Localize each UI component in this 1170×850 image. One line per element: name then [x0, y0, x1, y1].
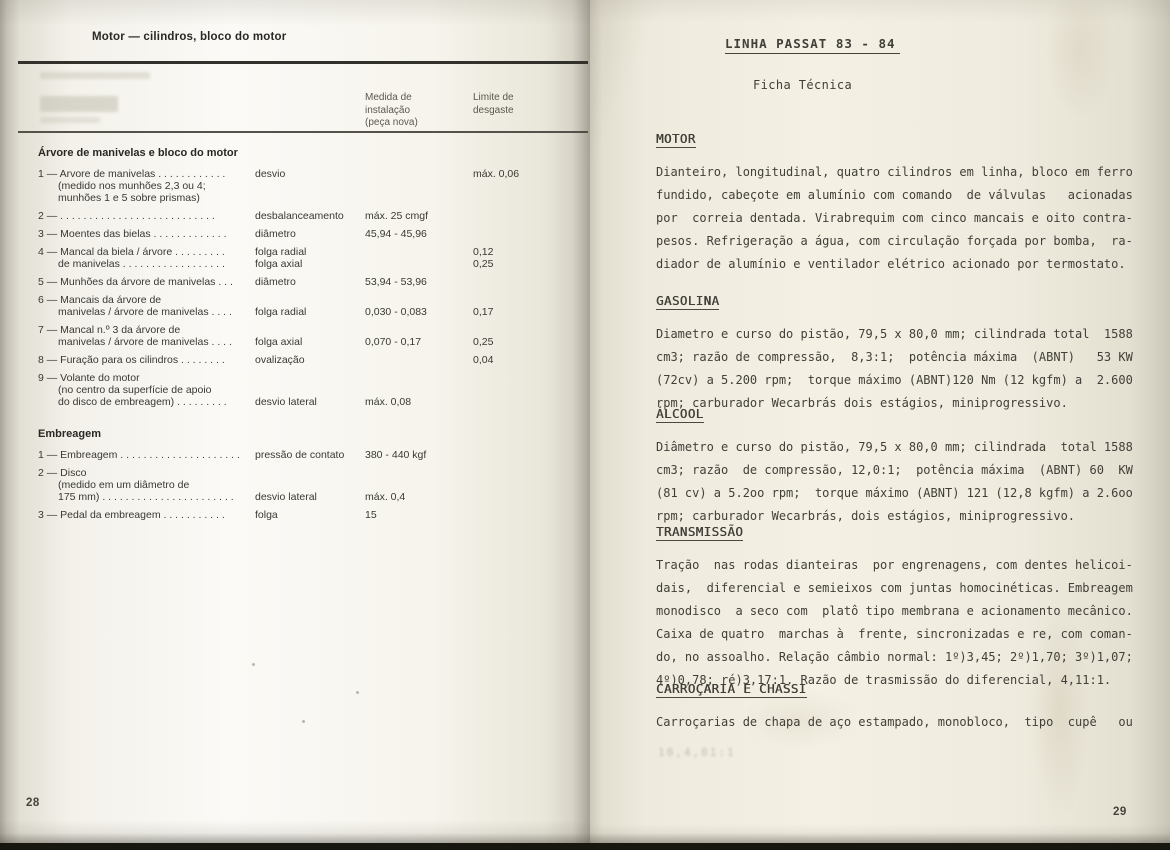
- table-row-line: manivelas / árvore de manivelas . . . .f…: [38, 336, 586, 348]
- spec-measure-type: diâmetro: [255, 228, 365, 240]
- bleed-through-artifact: [40, 72, 150, 79]
- spec-measure-type: desvio lateral: [255, 396, 365, 408]
- spec-install-value: máx. 25 cmgf: [365, 210, 473, 222]
- table-section-heading: Embreagem: [38, 428, 586, 440]
- spec-measure-type: pressão de contato: [255, 449, 365, 461]
- section-paragraph: Diâmetro e curso do pistão, 79,5 x 80,0 …: [656, 436, 1148, 528]
- spec-section: GASOLINADiametro e curso do pistão, 79,5…: [656, 290, 1148, 415]
- spec-measure-type: [255, 294, 365, 306]
- table-row-line: 1 — Arvore de manivelas . . . . . . . . …: [38, 168, 586, 180]
- spec-wear-limit: [473, 509, 586, 521]
- spec-wear-limit: [473, 276, 586, 288]
- table-row: 2 — Disco(medido em um diâmetro de175 mm…: [38, 467, 586, 503]
- spec-item-text: 1 — Arvore de manivelas . . . . . . . . …: [38, 168, 255, 180]
- table-row-line: 4 — Mancal da biela / árvore . . . . . .…: [38, 246, 586, 258]
- spec-item-text: (no centro da superfície de apoio: [38, 384, 255, 396]
- spec-wear-limit: [473, 449, 586, 461]
- spec-item-text: de manivelas . . . . . . . . . . . . . .…: [38, 258, 255, 270]
- spec-install-value: [365, 168, 473, 180]
- table-row-line: 6 — Mancais da árvore de: [38, 294, 586, 306]
- table-row-line: 2 — . . . . . . . . . . . . . . . . . . …: [38, 210, 586, 222]
- table-row-line: (medido em um diâmetro de: [38, 479, 586, 491]
- spec-install-value: máx. 0,4: [365, 491, 473, 503]
- table-row: 1 — Embreagem . . . . . . . . . . . . . …: [38, 449, 586, 461]
- table-row-line: manivelas / árvore de manivelas . . . .f…: [38, 306, 586, 318]
- spec-item-text: 3 — Moentes das bielas . . . . . . . . .…: [38, 228, 255, 240]
- table-section-heading: Árvore de manivelas e bloco do motor: [38, 147, 586, 159]
- spec-install-value: [365, 324, 473, 336]
- spec-section: ÁLCOOLDiâmetro e curso do pistão, 79,5 x…: [656, 403, 1148, 528]
- divider-rule-thick: [18, 61, 588, 64]
- table-row-line: do disco de embreagem) . . . . . . . . .…: [38, 396, 586, 408]
- paper-speck: [356, 691, 359, 694]
- spec-item-text: 2 — Disco: [38, 467, 255, 479]
- spec-wear-limit: 0,04: [473, 354, 586, 366]
- table-row: 3 — Moentes das bielas . . . . . . . . .…: [38, 228, 586, 240]
- spec-measure-type: folga: [255, 509, 365, 521]
- spec-install-value: [365, 258, 473, 270]
- table-row-line: 8 — Furação para os cilindros . . . . . …: [38, 354, 586, 366]
- section-paragraph: Dianteiro, longitudinal, quatro cilindro…: [656, 161, 1148, 276]
- spec-item-text: munhões 1 e 5 sobre prismas): [38, 192, 255, 204]
- page-number: 28: [26, 797, 40, 809]
- spec-install-value: 380 - 440 kgf: [365, 449, 473, 461]
- spec-measure-type: folga radial: [255, 306, 365, 318]
- page-title: Motor — cilindros, bloco do motor: [92, 31, 286, 43]
- spec-measure-type: folga radial: [255, 246, 365, 258]
- spec-install-value: [365, 294, 473, 306]
- spec-measure-type: desvio lateral: [255, 491, 365, 503]
- spec-wear-limit: 0,12: [473, 246, 586, 258]
- spec-wear-limit: 0,25: [473, 258, 586, 270]
- spec-item-text: 6 — Mancais da árvore de: [38, 294, 255, 306]
- spec-item-text: 7 — Mancal n.º 3 da árvore de: [38, 324, 255, 336]
- spec-item-text: manivelas / árvore de manivelas . . . .: [38, 306, 255, 318]
- page-number: 29: [1113, 806, 1127, 818]
- right-page: LINHA PASSAT 83 - 84 Ficha Técnica MOTOR…: [590, 0, 1170, 850]
- spec-install-value: [365, 372, 473, 384]
- section-paragraph: Tração nas rodas dianteiras por engrenag…: [656, 554, 1148, 692]
- table-row-line: 3 — Moentes das bielas . . . . . . . . .…: [38, 228, 586, 240]
- spec-wear-limit: [473, 372, 586, 384]
- typewritten-content: LINHA PASSAT 83 - 84 Ficha Técnica MOTOR…: [656, 36, 1148, 836]
- paper-speck: [252, 663, 255, 666]
- table-row: 4 — Mancal da biela / árvore . . . . . .…: [38, 246, 586, 270]
- spec-wear-limit: [473, 384, 586, 396]
- spec-section: TRANSMISSÃOTração nas rodas dianteiras p…: [656, 521, 1148, 692]
- spec-measure-type: [255, 180, 365, 192]
- table-row: 8 — Furação para os cilindros . . . . . …: [38, 354, 586, 366]
- spec-install-value: [365, 192, 473, 204]
- document-subtitle: Ficha Técnica: [753, 78, 852, 92]
- spec-measure-type: diâmetro: [255, 276, 365, 288]
- spec-install-value: 15: [365, 509, 473, 521]
- paper-speck: [302, 720, 305, 723]
- spec-wear-limit: [473, 180, 586, 192]
- table-row: 2 — . . . . . . . . . . . . . . . . . . …: [38, 210, 586, 222]
- scanned-book-spread: Motor — cilindros, bloco do motor Medida…: [0, 0, 1170, 850]
- spec-wear-limit: 0,17: [473, 306, 586, 318]
- section-heading: ÁLCOOL: [656, 406, 704, 423]
- spec-measure-type: [255, 324, 365, 336]
- column-header-limite: Limite de desgaste: [473, 92, 514, 117]
- spec-item-text: 4 — Mancal da biela / árvore . . . . . .…: [38, 246, 255, 258]
- bleed-through-artifact: [40, 96, 118, 112]
- spec-install-value: [365, 384, 473, 396]
- spec-measure-type: [255, 384, 365, 396]
- table-row-line: de manivelas . . . . . . . . . . . . . .…: [38, 258, 586, 270]
- spec-measure-type: [255, 479, 365, 491]
- spec-measure-type: [255, 372, 365, 384]
- section-paragraph: Diametro e curso do pistão, 79,5 x 80,0 …: [656, 323, 1148, 415]
- table-row-line: 3 — Pedal da embreagem . . . . . . . . .…: [38, 509, 586, 521]
- spec-install-value: 45,94 - 45,96: [365, 228, 473, 240]
- spec-install-value: [365, 354, 473, 366]
- table-row: 5 — Munhões da árvore de manivelas . . .…: [38, 276, 586, 288]
- scan-edge: [0, 843, 1170, 850]
- section-heading: CARROÇARIA E CHASSI: [656, 681, 807, 698]
- table-row-line: 1 — Embreagem . . . . . . . . . . . . . …: [38, 449, 586, 461]
- spec-install-value: [365, 479, 473, 491]
- table-row: 9 — Volante do motor(no centro da superf…: [38, 372, 586, 408]
- table-row-line: 7 — Mancal n.º 3 da árvore de: [38, 324, 586, 336]
- table-row-line: (medido nos munhões 2,3 ou 4;: [38, 180, 586, 192]
- spec-item-text: do disco de embreagem) . . . . . . . . .: [38, 396, 255, 408]
- section-heading: TRANSMISSÃO: [656, 524, 743, 541]
- table-row-line: (no centro da superfície de apoio: [38, 384, 586, 396]
- spec-item-text: 8 — Furação para os cilindros . . . . . …: [38, 354, 255, 366]
- table-row: 3 — Pedal da embreagem . . . . . . . . .…: [38, 509, 586, 521]
- spec-item-text: 3 — Pedal da embreagem . . . . . . . . .…: [38, 509, 255, 521]
- column-header-medida: Medida de instalação (peça nova): [365, 92, 418, 130]
- bleed-through-artifact: [40, 117, 100, 123]
- spec-wear-limit: máx. 0,06: [473, 168, 586, 180]
- spec-section: MOTORDianteiro, longitudinal, quatro cil…: [656, 128, 1148, 276]
- spec-item-text: 2 — . . . . . . . . . . . . . . . . . . …: [38, 210, 255, 222]
- spec-table: Árvore de manivelas e bloco do motor1 — …: [38, 147, 586, 527]
- document-title: LINHA PASSAT 83 - 84: [725, 36, 900, 54]
- spec-item-text: 5 — Munhões da árvore de manivelas . . .: [38, 276, 255, 288]
- spec-wear-limit: [473, 396, 586, 408]
- spec-install-value: [365, 246, 473, 258]
- spec-install-value: [365, 180, 473, 192]
- section-heading: MOTOR: [656, 131, 696, 148]
- table-row-line: 5 — Munhões da árvore de manivelas . . .…: [38, 276, 586, 288]
- section-heading: GASOLINA: [656, 293, 719, 310]
- spec-install-value: 0,030 - 0,083: [365, 306, 473, 318]
- spec-item-text: (medido em um diâmetro de: [38, 479, 255, 491]
- bleed-through-text: 10,4,01:1: [658, 746, 736, 759]
- spec-measure-type: ovalização: [255, 354, 365, 366]
- spec-wear-limit: [473, 192, 586, 204]
- table-row-line: 2 — Disco: [38, 467, 586, 479]
- table-row-line: munhões 1 e 5 sobre prismas): [38, 192, 586, 204]
- spec-measure-type: [255, 467, 365, 479]
- spec-item-text: manivelas / árvore de manivelas . . . .: [38, 336, 255, 348]
- table-row: 1 — Arvore de manivelas . . . . . . . . …: [38, 168, 586, 204]
- spec-install-value: máx. 0,08: [365, 396, 473, 408]
- spec-measure-type: folga axial: [255, 258, 365, 270]
- spec-wear-limit: [473, 467, 586, 479]
- spec-wear-limit: [473, 324, 586, 336]
- spec-wear-limit: [473, 294, 586, 306]
- spec-measure-type: [255, 192, 365, 204]
- spec-section: CARROÇARIA E CHASSICarroçarias de chapa …: [656, 678, 1148, 734]
- spec-wear-limit: [473, 479, 586, 491]
- spec-measure-type: desvio: [255, 168, 365, 180]
- spec-item-text: 175 mm) . . . . . . . . . . . . . . . . …: [38, 491, 255, 503]
- spec-measure-type: folga axial: [255, 336, 365, 348]
- spec-item-text: 9 — Volante do motor: [38, 372, 255, 384]
- table-row: 6 — Mancais da árvore demanivelas / árvo…: [38, 294, 586, 318]
- spec-wear-limit: [473, 491, 586, 503]
- section-paragraph: Carroçarias de chapa de aço estampado, m…: [656, 711, 1148, 734]
- spec-wear-limit: 0,25: [473, 336, 586, 348]
- left-page: Motor — cilindros, bloco do motor Medida…: [0, 0, 590, 850]
- spec-item-text: 1 — Embreagem . . . . . . . . . . . . . …: [38, 449, 255, 461]
- spec-wear-limit: [473, 210, 586, 222]
- table-row-line: 175 mm) . . . . . . . . . . . . . . . . …: [38, 491, 586, 503]
- spec-install-value: 53,94 - 53,96: [365, 276, 473, 288]
- spec-measure-type: desbalanceamento: [255, 210, 365, 222]
- spec-install-value: 0,070 - 0,17: [365, 336, 473, 348]
- divider-rule-thin: [18, 131, 588, 133]
- spec-wear-limit: [473, 228, 586, 240]
- spec-item-text: (medido nos munhões 2,3 ou 4;: [38, 180, 255, 192]
- spec-install-value: [365, 467, 473, 479]
- table-row-line: 9 — Volante do motor: [38, 372, 586, 384]
- table-row: 7 — Mancal n.º 3 da árvore demanivelas /…: [38, 324, 586, 348]
